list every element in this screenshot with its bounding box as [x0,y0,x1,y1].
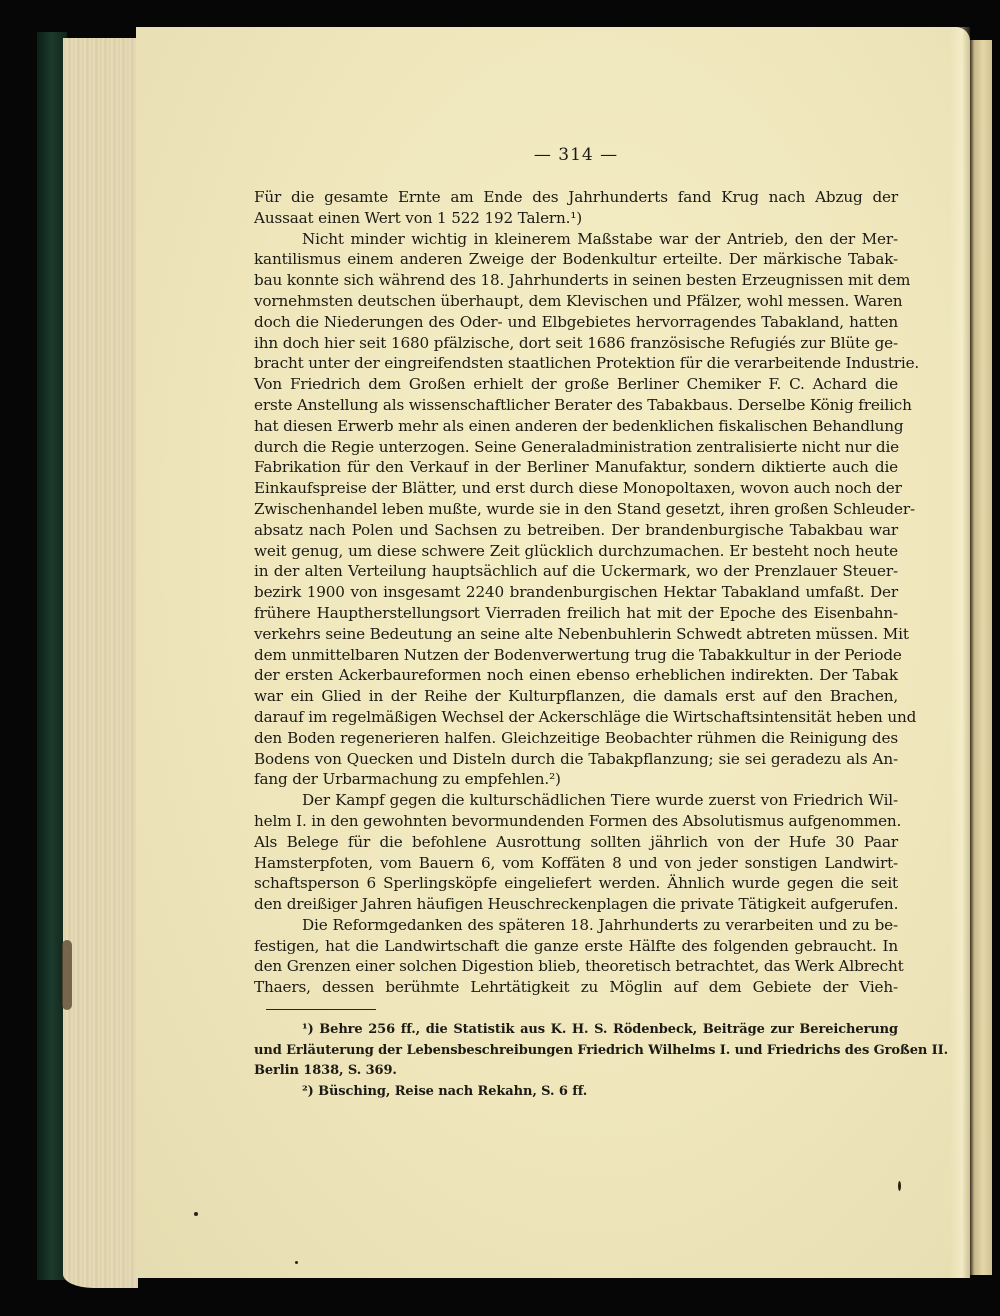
text-line: Die Reformgedanken des späteren 18. Jahr… [254,915,898,936]
page-number: — 314 — [254,145,898,165]
text-line: ihn doch hier seit 1680 pfälzische, dort… [254,333,898,354]
text-line: den Grenzen einer solchen Digestion blie… [254,956,898,977]
text-line: Der Kampf gegen die kulturschädlichen Ti… [254,790,898,811]
text-line: den Boden regenerieren halfen. Gleichzei… [254,728,898,749]
paragraph-1: Für die gesamte Ernte am Ende des Jahrhu… [254,187,898,229]
page-text: — 314 — Für die gesamte Ernte am Ende de… [254,145,898,1102]
text-line: helm I. in den gewohnten bevormundenden … [254,811,898,832]
text-line: bezirk 1900 von insgesamt 2240 brandenbu… [254,582,898,603]
text-line: darauf im regelmäßigen Wechsel der Acker… [254,707,898,728]
footnote-line: und Erläuterung der Lebensbeschreibungen… [254,1041,898,1062]
text-line: der ersten Ackerbaureformen noch einen e… [254,665,898,686]
paragraph-4: Die Reformgedanken des späteren 18. Jahr… [254,915,898,998]
text-line: vornehmsten deutschen überhaupt, dem Kle… [254,291,898,312]
text-line: kantilismus einem anderen Zweige der Bod… [254,249,898,270]
text-line: verkehrs seine Bedeutung an seine alte N… [254,624,898,645]
footnote-2: ²) Büsching, Reise nach Rekahn, S. 6 ff. [254,1082,898,1103]
footnote-line: ²) Büsching, Reise nach Rekahn, S. 6 ff. [254,1082,898,1103]
text-line: schaftsperson 6 Sperlingsköpfe eingelief… [254,873,898,894]
text-line: dem unmittelbaren Nutzen der Bodenverwer… [254,645,898,666]
page-stack-edge [63,38,138,1288]
text-line: war ein Glied in der Reihe der Kulturpfl… [254,686,898,707]
text-line: Als Belege für die befohlene Ausrottung … [254,832,898,853]
text-line: Nicht minder wichtig in kleinerem Maßsta… [254,229,898,250]
footnote-divider [266,1009,376,1010]
text-line: Von Friedrich dem Großen erhielt der gro… [254,374,898,395]
text-line: festigen, hat die Landwirtschaft die gan… [254,936,898,957]
footnote-line: Berlin 1838, S. 369. [254,1061,898,1082]
text-line: erste Anstellung als wissenschaftlicher … [254,395,898,416]
text-line: bracht unter der eingreifendsten staatli… [254,353,898,374]
page-curl-shadow [950,27,970,1278]
footnote-1: ¹) Behre 256 ff., die Statistik aus K. H… [254,1020,898,1082]
text-line: fang der Urbarmachung zu empfehlen.²) [254,769,898,790]
stain-mark [62,940,72,1010]
text-line: durch die Regie unterzogen. Seine Genera… [254,437,898,458]
text-line: Zwischenhandel leben mußte, wurde sie in… [254,499,898,520]
text-line: weit genug, um diese schwere Zeit glückl… [254,541,898,562]
text-line: Für die gesamte Ernte am Ende des Jahrhu… [254,187,898,208]
text-line: absatz nach Polen und Sachsen zu betreib… [254,520,898,541]
text-line: frühere Hauptherstellungsort Vierraden f… [254,603,898,624]
text-line: Aussaat einen Wert von 1 522 192 Talern.… [254,208,898,229]
text-line: Thaers, dessen berühmte Lehrtätigkeit zu… [254,977,898,998]
paragraph-3: Der Kampf gegen die kulturschädlichen Ti… [254,790,898,915]
paragraph-2: Nicht minder wichtig in kleinerem Maßsta… [254,229,898,791]
text-line: in der alten Verteilung hauptsächlich au… [254,561,898,582]
next-page-edge [970,40,992,1275]
text-line: doch die Niederungen des Oder- und Elbge… [254,312,898,333]
text-line: bau konnte sich während des 18. Jahrhund… [254,270,898,291]
ink-spot [295,1261,298,1264]
text-line: den dreißiger Jahren häufigen Heuschreck… [254,894,898,915]
text-line: hat diesen Erwerb mehr als einen anderen… [254,416,898,437]
ink-spot [898,1181,901,1191]
text-line: Fabrikation für den Verkauf in der Berli… [254,457,898,478]
text-line: Einkaufspreise der Blätter, und erst dur… [254,478,898,499]
ink-spot [194,1212,198,1216]
text-line: Bodens von Quecken und Disteln durch die… [254,749,898,770]
scan-scene: — 314 — Für die gesamte Ernte am Ende de… [0,0,1000,1316]
footnote-line: ¹) Behre 256 ff., die Statistik aus K. H… [254,1020,898,1041]
text-line: Hamsterpfoten, vom Bauern 6, vom Koffäte… [254,853,898,874]
